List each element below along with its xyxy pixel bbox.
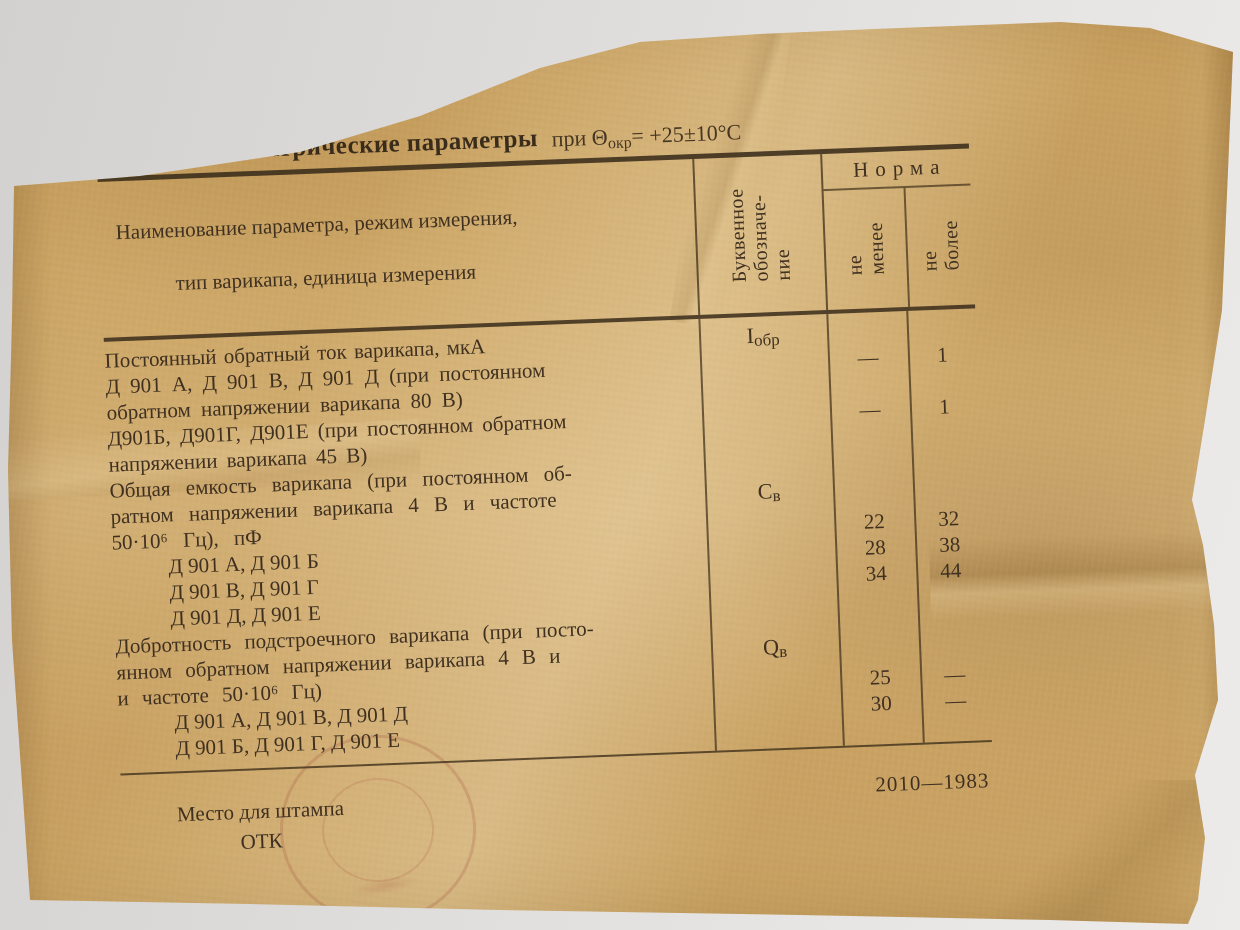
entry-min-value: 34	[836, 559, 917, 588]
footer: Место для штампа ОТК 2010—1983	[121, 768, 1003, 862]
header-name-line2: тип варикапа, единица измерения	[101, 251, 697, 299]
doc-number: 2010—1983	[875, 768, 990, 797]
entry-max-value: 38	[915, 530, 985, 559]
entry-max-value: —	[920, 660, 990, 689]
header-min-label: не менее	[843, 222, 889, 276]
entry-min-value: —	[830, 395, 911, 424]
param-symbol: Qв	[710, 606, 841, 689]
stamp-otk-label: ОТК	[178, 823, 346, 859]
entry-min-value: 30	[841, 689, 922, 718]
params-table: Наименование параметра, режим измерения,…	[97, 143, 991, 775]
header-max-label: не более	[917, 220, 963, 272]
entry-max-value: 32	[914, 504, 984, 533]
document-content: Основные электрические параметры при Θок…	[95, 78, 1003, 861]
entry-max-value: 44	[916, 556, 986, 585]
photo-background: Основные электрические параметры при Θок…	[0, 0, 1240, 930]
table-body: Постоянный обратный ток варикапа, мкА Iо…	[104, 308, 992, 775]
norma-subheader: не менее не более	[824, 185, 975, 310]
doc-title-condition: при Θокр= +25±10°С	[551, 119, 741, 152]
header-name-line1: Наименование параметра, режим измерения,	[99, 198, 695, 246]
entry-min-value: 25	[840, 663, 921, 692]
paper-sheet: Основные электрические параметры при Θок…	[0, 0, 1240, 930]
header-norma-cell: Норма не менее не более	[820, 148, 975, 310]
entry-min-value: 28	[835, 533, 916, 562]
header-symbol-label: Буквенное обозначе- ние	[725, 186, 795, 282]
entry-min-value: 22	[834, 507, 915, 536]
header-name-cell: Наименование параметра, режим измерения,…	[98, 159, 699, 338]
header-min-cell: не менее	[824, 188, 909, 310]
stamp-area-block: Место для штампа ОТК	[176, 793, 345, 859]
header-symbol-cell: Буквенное обозначе- ние	[692, 154, 826, 315]
entry-max-value: 1	[909, 392, 979, 421]
left-edge-shading	[0, 150, 60, 930]
header-max-cell: не более	[904, 185, 976, 306]
norma-label: Норма	[822, 148, 970, 191]
param-symbol: Св	[704, 450, 835, 533]
entry-min-value: —	[828, 343, 909, 372]
stamp-area-label: Место для штампа	[176, 793, 344, 829]
param-symbol: Iобр	[699, 320, 828, 351]
entry-max-value: 1	[907, 340, 977, 369]
entry-max-value: —	[921, 686, 991, 715]
